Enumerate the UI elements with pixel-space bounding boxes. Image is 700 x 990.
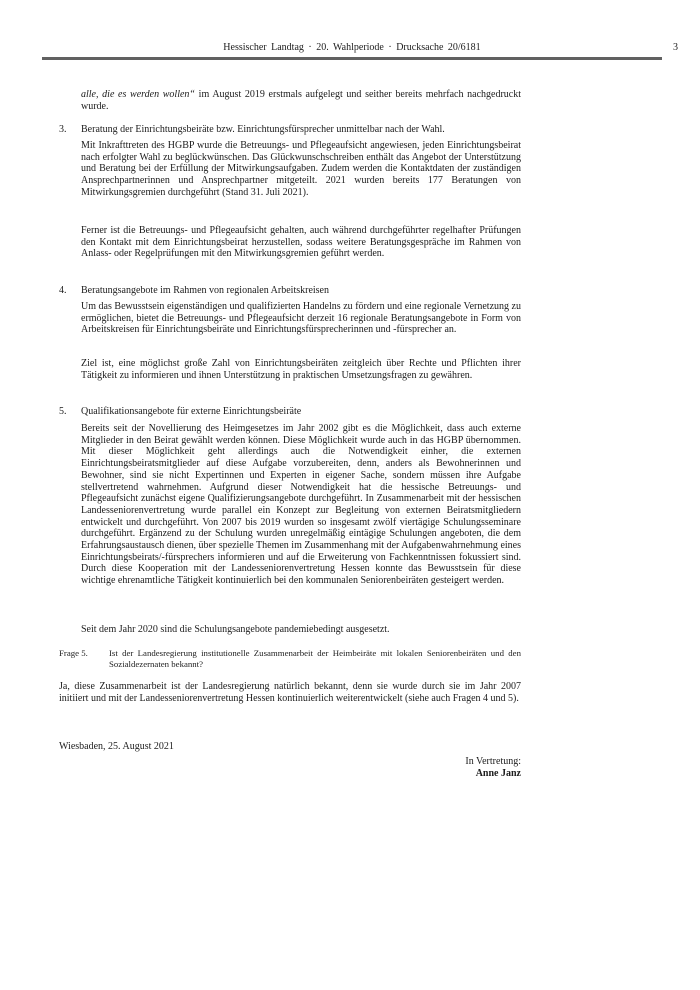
item-3-paragraph-2: Ferner ist die Betreuungs- und Pflegeauf… bbox=[81, 225, 521, 260]
item-5-number: 5. bbox=[59, 406, 81, 418]
item-3-number: 3. bbox=[59, 124, 81, 136]
item-3-paragraph-1: Mit Inkrafttreten des HGBP wurde die Bet… bbox=[81, 140, 521, 199]
page-number: 3 bbox=[673, 42, 678, 54]
intro-paragraph: alle, die es werden wollen“ im August 20… bbox=[81, 89, 521, 112]
item-3-title: Beratung der Einrichtungsbeiräte bzw. Ei… bbox=[81, 124, 521, 136]
question-5-label: Frage 5. bbox=[59, 648, 109, 670]
answer-paragraph: Ja, diese Zusammenarbeit ist der Landesr… bbox=[59, 681, 521, 704]
item-4-title: Beratungsangebote im Rahmen von regional… bbox=[81, 285, 521, 297]
item-4-paragraph-2: Ziel ist, eine möglichst große Zahl von … bbox=[81, 358, 521, 381]
place-date: Wiesbaden, 25. August 2021 bbox=[59, 741, 174, 753]
page-header: Hessischer Landtag · 20. Wahlperiode · D… bbox=[42, 42, 678, 62]
item-5-heading: 5. Qualifikationsangebote für externe Ei… bbox=[59, 406, 521, 418]
document-page: Hessischer Landtag · 20. Wahlperiode · D… bbox=[0, 0, 700, 990]
question-5: Frage 5. Ist der Landesregierung institu… bbox=[59, 648, 521, 670]
signature-name: Anne Janz bbox=[59, 768, 521, 780]
item-4-number: 4. bbox=[59, 285, 81, 297]
intro-italic-text: alle, die es werden wollen“ bbox=[81, 89, 195, 100]
item-5-paragraph-1: Bereits seit der Novellierung des Heimge… bbox=[81, 423, 521, 587]
header-rule bbox=[42, 57, 662, 60]
item-3-heading: 3. Beratung der Einrichtungsbeiräte bzw.… bbox=[59, 124, 521, 136]
item-4-paragraph-1: Um das Bewusstsein eigenständigen und qu… bbox=[81, 301, 521, 336]
question-5-text: Ist der Landesregierung institutionelle … bbox=[109, 648, 521, 670]
item-5-paragraph-2: Seit dem Jahr 2020 sind die Schulungsang… bbox=[81, 624, 521, 636]
signature-role: In Vertretung: bbox=[59, 756, 521, 768]
signature-block: In Vertretung: Anne Janz bbox=[59, 756, 521, 780]
item-4-heading: 4. Beratungsangebote im Rahmen von regio… bbox=[59, 285, 521, 297]
header-title: Hessischer Landtag · 20. Wahlperiode · D… bbox=[42, 42, 662, 54]
item-5-title: Qualifikationsangebote für externe Einri… bbox=[81, 406, 521, 418]
